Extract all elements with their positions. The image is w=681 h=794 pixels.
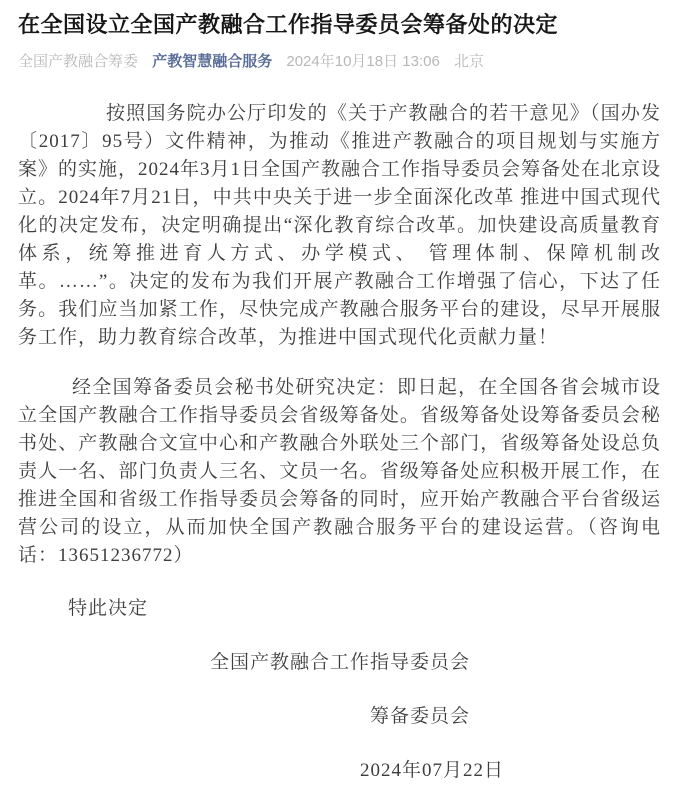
closing-statement: 特此决定 (68, 595, 661, 623)
page-title: 在全国设立全国产教融合工作指导委员会筹备处的决定 (18, 10, 661, 40)
paragraph-2: 经全国筹备委员会秘书处研究决定：即日起，在全国各省会城市设立全国产教融合工作指导… (18, 374, 661, 570)
article-page: 在全国设立全国产教融合工作指导委员会筹备处的决定 全国产教融合筹委 产教智慧融合… (0, 0, 681, 794)
signature-date: 2024年07月22日 (360, 757, 661, 785)
meta-location: 北京 (454, 53, 484, 70)
meta-account-link[interactable]: 产教智慧融合服务 (152, 53, 272, 70)
signature-organization: 全国产教融合工作指导委员会 (210, 649, 661, 677)
paragraph-1: 按照国务院办公厅印发的《关于产教融合的若干意见》（国办发〔2017〕95号）文件… (18, 100, 661, 352)
article-body: 按照国务院办公厅印发的《关于产教融合的若干意见》（国办发〔2017〕95号）文件… (18, 100, 661, 570)
article-meta: 全国产教融合筹委 产教智慧融合服务 2024年10月18日 13:06 北京 (18, 52, 661, 72)
signature-committee: 筹备委员会 (370, 703, 661, 731)
meta-author: 全国产教融合筹委 (18, 53, 138, 70)
meta-datetime: 2024年10月18日 13:06 (286, 53, 439, 70)
